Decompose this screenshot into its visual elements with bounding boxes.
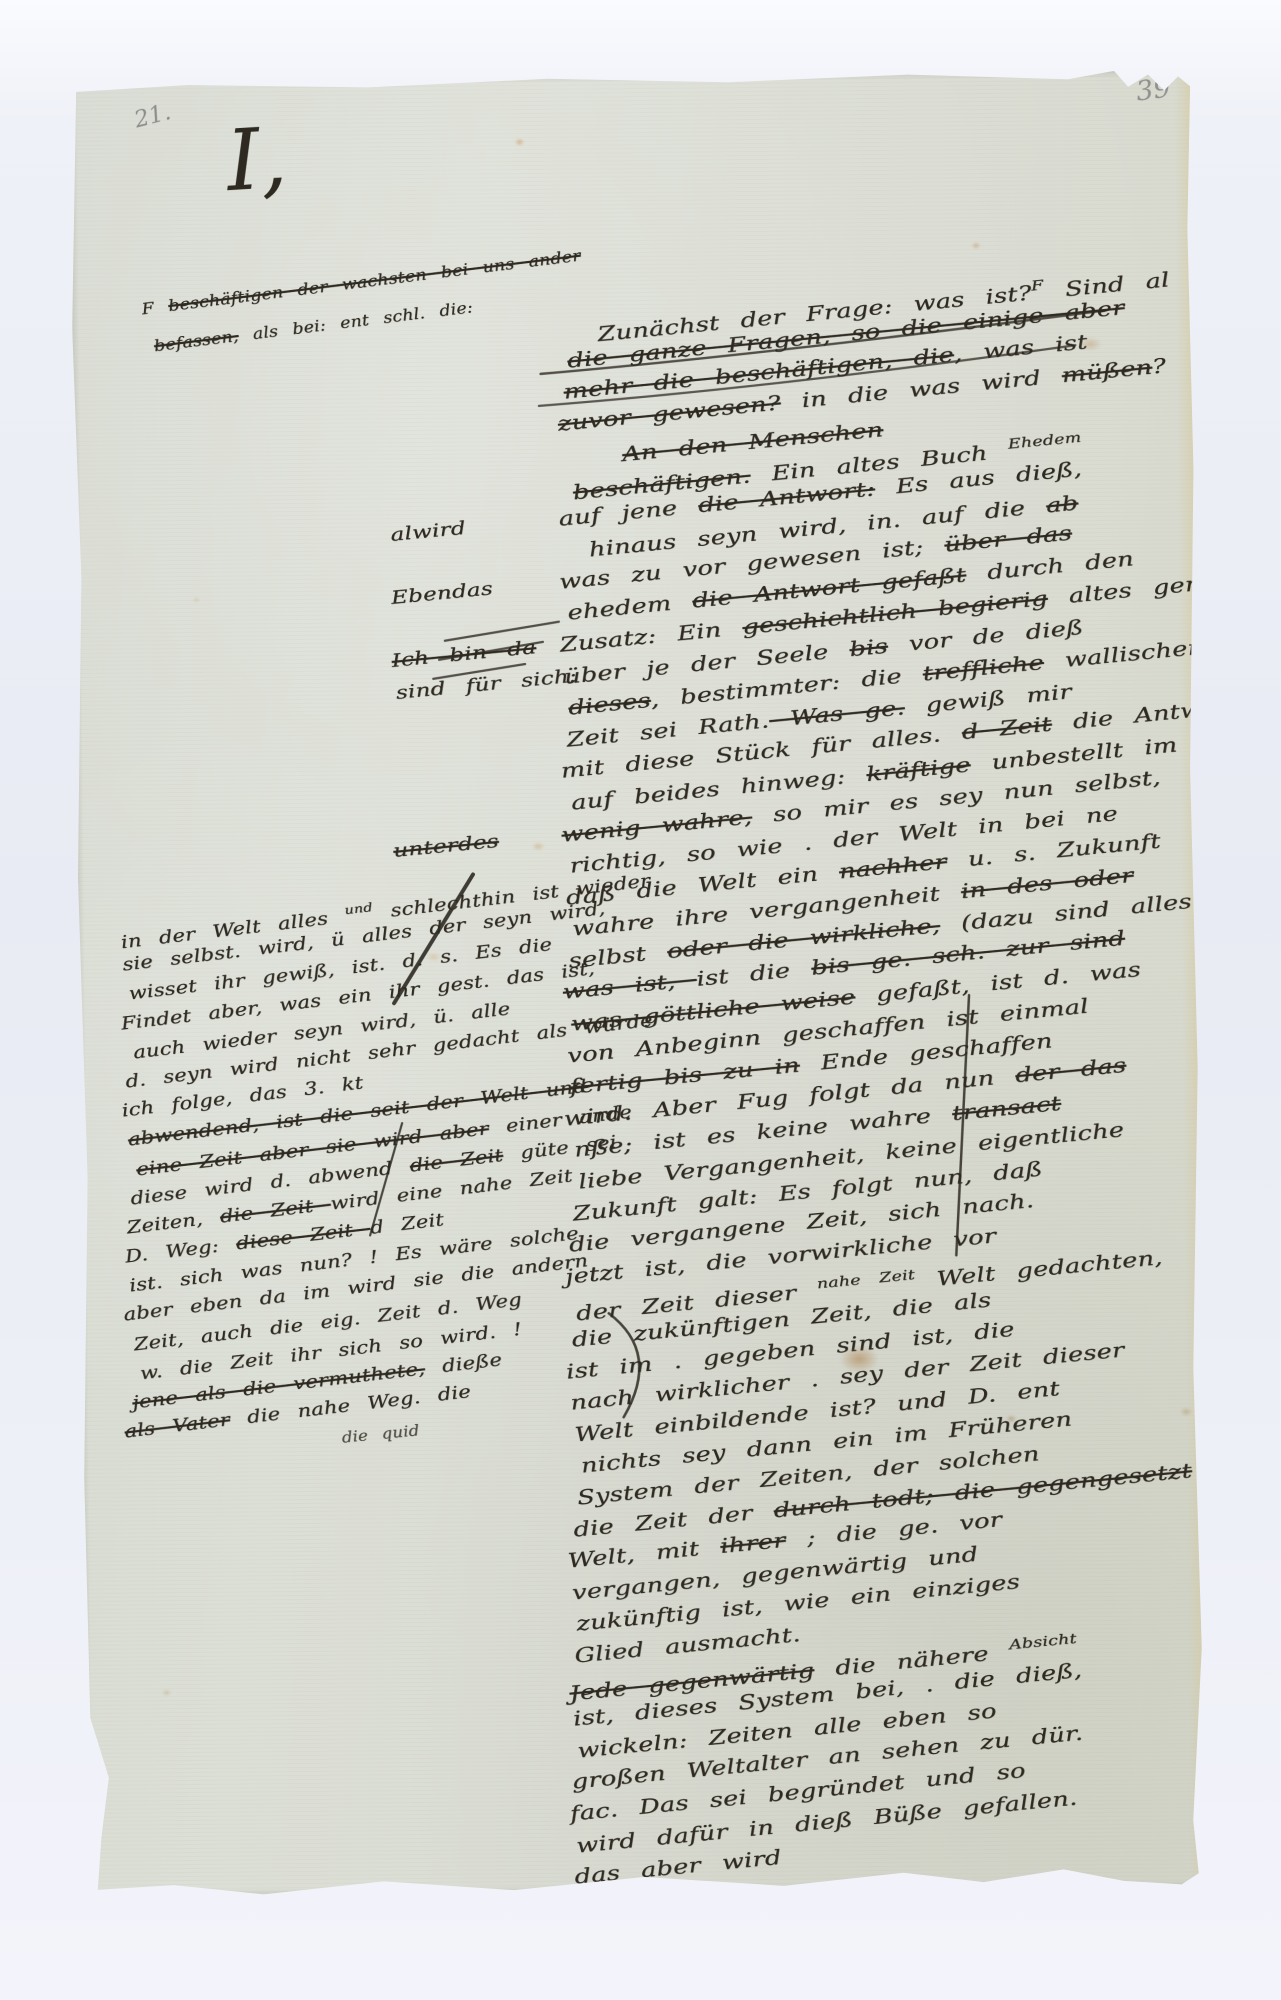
text-segment: alwird <box>390 517 467 545</box>
struck-text-segment: oder <box>1051 863 1134 895</box>
struck-text-segment: ab <box>1045 491 1079 518</box>
paper-bottom-edge <box>84 1880 1206 1902</box>
handwriting-right-column: Zunächst der Frage: was ist?F Sind aldie… <box>557 309 1104 1893</box>
struck-text-segment: sind <box>1048 926 1126 957</box>
manuscript-sheet: 21. 39 I, F beschäftigen der wachsten be… <box>68 68 1206 1902</box>
text-segment: Ehedem <box>1007 430 1082 453</box>
struck-text-segment: befassen, <box>153 327 240 355</box>
struck-text-segment: aber <box>258 1138 327 1166</box>
foxing-stain <box>532 842 545 851</box>
paper-top-edge <box>68 68 1190 87</box>
text-segment: und <box>344 900 374 917</box>
struck-text-segment: dieses <box>567 688 652 720</box>
struck-text-segment: unterdes <box>392 830 499 861</box>
foxing-stain <box>1180 1407 1193 1416</box>
text-segment: ? <box>1151 353 1167 378</box>
margin-annotation: Ebendas <box>390 567 556 614</box>
page-number-pencil: 39 <box>1134 72 1172 107</box>
section-heading: I, <box>224 109 290 210</box>
struck-text-segment: oder <box>666 931 749 963</box>
handwriting-left-tail: die quid <box>342 1425 413 1450</box>
struck-text-segment: in des <box>960 871 1054 904</box>
foxing-stain <box>193 597 201 603</box>
foxing-stain <box>162 1689 171 1696</box>
margin-annotation: alwird <box>389 504 555 551</box>
text-segment: die quid <box>341 1421 420 1446</box>
struck-text-segment: d Zeit <box>961 712 1053 745</box>
text-segment: wird. <box>563 1098 654 1130</box>
struck-text-segment: beschäftigen <box>167 283 284 315</box>
struck-text-segment: bis <box>848 633 889 661</box>
text-segment: F <box>141 297 170 318</box>
text-segment: d Zeit <box>369 1210 445 1239</box>
foxing-stain <box>1006 1415 1017 1423</box>
text-segment: nahe Zeit <box>816 1267 916 1292</box>
scanned-page-background: { "document": { "kind": "handwritten man… <box>0 0 1281 2000</box>
foxing-stain <box>971 242 980 249</box>
text-segment: Absicht <box>1008 1630 1077 1652</box>
foxing-stain <box>515 138 525 146</box>
struck-text-segment: ihrer <box>719 1528 787 1558</box>
struck-text-segment: nachher <box>838 849 948 883</box>
text-segment: Ebendas <box>390 578 494 609</box>
struck-text-segment: der wachsten <box>282 265 428 300</box>
handwriting-left-column: in der Welt alles und schlechthin ist wi… <box>120 919 571 1448</box>
paper-left-edge <box>68 78 93 1902</box>
handwriting-note-top-left: F beschäftigen der wachsten bei uns ande… <box>142 288 537 365</box>
struck-text-segment: transact <box>951 1091 1062 1125</box>
struck-text-segment: müßen <box>1061 354 1154 387</box>
folio-number-pencil: 21. <box>132 99 174 133</box>
